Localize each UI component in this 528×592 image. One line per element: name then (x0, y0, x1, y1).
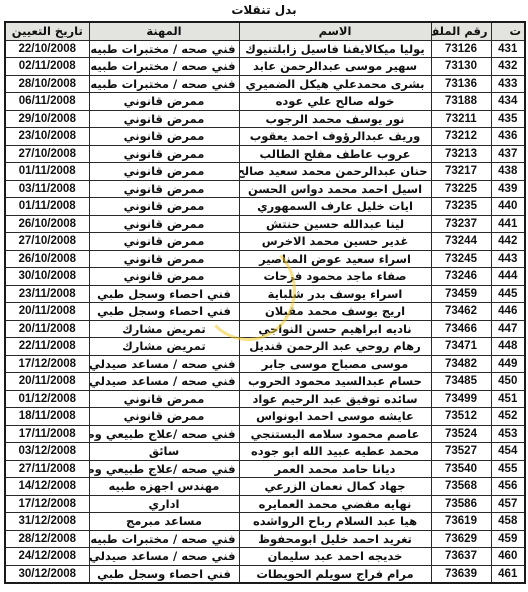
row-profession: مهندس اجهزه طبيه (89, 478, 239, 496)
row-name: مرام فراج سويلم الحويطات (239, 565, 431, 583)
row-index: 442 (491, 233, 525, 251)
row-name: عايشه موسى احمد ابونواس (239, 408, 431, 426)
row-file-number: 73130 (431, 58, 491, 76)
table-row: 43473188خوله صالح علي عودهممرض قانوني06/… (5, 93, 525, 111)
row-index: 441 (491, 215, 525, 233)
row-appointment-date: 26/10/2008 (5, 215, 89, 233)
row-appointment-date: 17/12/2008 (5, 495, 89, 513)
row-index: 461 (491, 565, 525, 583)
row-index: 438 (491, 163, 525, 181)
row-appointment-date: 20/11/2008 (5, 320, 89, 338)
row-profession: ممرض قانوني (89, 163, 239, 181)
row-file-number: 73237 (431, 215, 491, 233)
table-row: 44673462اريج يوسف محمد مقبلانفني احصاء و… (5, 303, 525, 321)
row-file-number: 73499 (431, 390, 491, 408)
row-name: ديانا حامد محمد العمر (239, 460, 431, 478)
column-header-profession: المهنة (89, 22, 239, 40)
row-file-number: 73639 (431, 565, 491, 583)
row-name: سهير موسى عبدالرحمن عابد (239, 58, 431, 76)
row-name: يوليا ميكالايفنا فاسيل زابلتنيوك (239, 40, 431, 58)
row-name: بشرى محمدعلي هيكل الضميري (239, 75, 431, 93)
table-row: 45273512عايشه موسى احمد ابونواسممرض قانو… (5, 408, 525, 426)
row-profession: ممرض قانوني (89, 110, 239, 128)
row-appointment-date: 20/11/2008 (5, 373, 89, 391)
table-row: 44473246صفاء ماجد محمود فرحاتممرض قانوني… (5, 268, 525, 286)
row-name: جهاد كمال نعمان الزرعي (239, 478, 431, 496)
row-appointment-date: 06/11/2008 (5, 93, 89, 111)
row-profession: فني صحه / مختبرات طبيه (89, 40, 239, 58)
row-index: 431 (491, 40, 525, 58)
row-profession: سائق (89, 443, 239, 461)
row-file-number: 73225 (431, 180, 491, 198)
table-row: 44073235ايات خليل عارف السمهوريممرض قانو… (5, 198, 525, 216)
row-profession: فني صحه / مختبرات طبيه (89, 58, 239, 76)
row-file-number: 73136 (431, 75, 491, 93)
table-row: 45773586نهايه مفضي محمد العمايرهاداري17/… (5, 495, 525, 513)
row-file-number: 73629 (431, 530, 491, 548)
table-row: 44773466ناديه ابراهيم حسن النواجيتمريض م… (5, 320, 525, 338)
row-file-number: 73459 (431, 285, 491, 303)
row-name: خديجه احمد عبد سليمان (239, 548, 431, 566)
row-appointment-date: 28/12/2008 (5, 530, 89, 548)
row-file-number: 73235 (431, 198, 491, 216)
row-index: 451 (491, 390, 525, 408)
row-name: ناديه ابراهيم حسن النواجي (239, 320, 431, 338)
row-file-number: 73586 (431, 495, 491, 513)
row-index: 447 (491, 320, 525, 338)
row-index: 458 (491, 513, 525, 531)
row-name: اسراء سعيد عوض المناصير (239, 250, 431, 268)
row-profession: تمريض مشارك (89, 338, 239, 356)
row-index: 446 (491, 303, 525, 321)
row-index: 440 (491, 198, 525, 216)
row-file-number: 73188 (431, 93, 491, 111)
row-name: لينا عبدالله حسين حنتش (239, 215, 431, 233)
row-appointment-date: 02/11/2008 (5, 58, 89, 76)
row-name: محمد عطيه عبيد الله ابو جوده (239, 443, 431, 461)
row-profession: ممرض قانوني (89, 198, 239, 216)
row-appointment-date: 29/10/2008 (5, 110, 89, 128)
row-index: 453 (491, 425, 525, 443)
row-index: 455 (491, 460, 525, 478)
row-appointment-date: 17/11/2008 (5, 425, 89, 443)
table-row: 43373136بشرى محمدعلي هيكل الضميريفني صحه… (5, 75, 525, 93)
table-header-row: ت رقم الملف الاسم المهنة تاريخ التعيين (5, 22, 525, 40)
row-file-number: 73568 (431, 478, 491, 496)
row-appointment-date: 01/11/2008 (5, 163, 89, 181)
table-row: 44273244غدير حسين محمد الاخرسممرض قانوني… (5, 233, 525, 251)
table-row: 44873471رهام روحي عبد الرحمن قنديلتمريض … (5, 338, 525, 356)
table-row: 44973482موسى مصباح موسى جابرفني صحه / مس… (5, 355, 525, 373)
row-appointment-date: 30/12/2008 (5, 565, 89, 583)
row-profession: فني صحه / مختبرات طبيه (89, 530, 239, 548)
row-index: 444 (491, 268, 525, 286)
row-appointment-date: 18/11/2008 (5, 408, 89, 426)
row-file-number: 73485 (431, 373, 491, 391)
row-appointment-date: 23/10/2008 (5, 128, 89, 146)
row-profession: ممرض قانوني (89, 390, 239, 408)
column-header-name: الاسم (239, 22, 431, 40)
table-row: 44373245اسراء سعيد عوض المناصيرممرض قانو… (5, 250, 525, 268)
row-profession: ممرض قانوني (89, 180, 239, 198)
row-appointment-date: 31/12/2008 (5, 513, 89, 531)
table-row: 43573211نور يوسف محمد الرجوبممرض قانوني2… (5, 110, 525, 128)
row-appointment-date: 22/11/2008 (5, 338, 89, 356)
table-row: 45673568جهاد كمال نعمان الزرعيمهندس اجهز… (5, 478, 525, 496)
table-row: 43673212وريف عبدالرؤوف احمد يعقوبممرض قا… (5, 128, 525, 146)
row-name: سائده توفيق عبد الرحيم عواد (239, 390, 431, 408)
row-name: موسى مصباح موسى جابر (239, 355, 431, 373)
row-name: اريج يوسف محمد مقبلان (239, 303, 431, 321)
row-index: 433 (491, 75, 525, 93)
row-name: عاصم محمود سلامه البستنجي (239, 425, 431, 443)
table-row: 45173499سائده توفيق عبد الرحيم عوادممرض … (5, 390, 525, 408)
table-row: 45573540ديانا حامد محمد العمرفني صحه /عل… (5, 460, 525, 478)
row-appointment-date: 30/10/2008 (5, 268, 89, 286)
row-file-number: 73466 (431, 320, 491, 338)
row-index: 457 (491, 495, 525, 513)
row-appointment-date: 03/11/2008 (5, 180, 89, 198)
row-profession: فني صحه / مساعد صيدلي (89, 355, 239, 373)
document-title: بدل تنقلات (0, 3, 528, 17)
row-index: 452 (491, 408, 525, 426)
row-index: 449 (491, 355, 525, 373)
table-row: 45873619هيا عبد السلام رباح الرواشدهمساع… (5, 513, 525, 531)
row-appointment-date: 14/12/2008 (5, 478, 89, 496)
row-appointment-date: 27/11/2008 (5, 460, 89, 478)
row-index: 445 (491, 285, 525, 303)
row-appointment-date: 17/12/2008 (5, 355, 89, 373)
row-file-number: 73540 (431, 460, 491, 478)
row-name: صفاء ماجد محمود فرحات (239, 268, 431, 286)
row-appointment-date: 26/10/2008 (5, 250, 89, 268)
row-file-number: 73246 (431, 268, 491, 286)
row-file-number: 73524 (431, 425, 491, 443)
row-index: 432 (491, 58, 525, 76)
row-file-number: 73126 (431, 40, 491, 58)
row-profession: مساعد مبرمج (89, 513, 239, 531)
table-row: 43773213عروب عاطف مفلح الطالبممرض قانوني… (5, 145, 525, 163)
row-index: 454 (491, 443, 525, 461)
table-row: 46173639مرام فراج سويلم الحويطاتفني احصا… (5, 565, 525, 583)
row-appointment-date: 27/10/2008 (5, 145, 89, 163)
row-appointment-date: 23/11/2008 (5, 285, 89, 303)
row-profession: فني صحه / مساعد صيدلي (89, 373, 239, 391)
row-profession: فني صحه /علاج طبيعي وظيفي (89, 460, 239, 478)
row-profession: ممرض قانوني (89, 250, 239, 268)
row-profession: فني صحه /علاج طبيعي وظيفي (89, 425, 239, 443)
row-name: غدير حسين محمد الاخرس (239, 233, 431, 251)
row-name: نور يوسف محمد الرجوب (239, 110, 431, 128)
row-name: ايات خليل عارف السمهوري (239, 198, 431, 216)
row-profession: ممرض قانوني (89, 215, 239, 233)
row-appointment-date: 22/10/2008 (5, 40, 89, 58)
row-index: 439 (491, 180, 525, 198)
row-index: 437 (491, 145, 525, 163)
row-profession: اداري (89, 495, 239, 513)
row-appointment-date: 01/11/2008 (5, 198, 89, 216)
row-index: 450 (491, 373, 525, 391)
row-appointment-date: 24/12/2008 (5, 548, 89, 566)
row-name: هيا عبد السلام رباح الرواشده (239, 513, 431, 531)
row-file-number: 73527 (431, 443, 491, 461)
row-name: اسراء يوسف بدر شلباية (239, 285, 431, 303)
row-file-number: 73244 (431, 233, 491, 251)
row-index: 459 (491, 530, 525, 548)
row-appointment-date: 01/12/2008 (5, 390, 89, 408)
table-row: 46073637خديجه احمد عبد سليمانفني صحه / م… (5, 548, 525, 566)
row-profession: ممرض قانوني (89, 233, 239, 251)
allowance-table: ت رقم الملف الاسم المهنة تاريخ التعيين 4… (4, 21, 526, 584)
row-name: خوله صالح علي عوده (239, 93, 431, 111)
table-row: 44573459اسراء يوسف بدر شلبايةفني احصاء و… (5, 285, 525, 303)
row-file-number: 73213 (431, 145, 491, 163)
row-appointment-date: 20/11/2008 (5, 303, 89, 321)
row-profession: فني احصاء وسجل طبي (89, 285, 239, 303)
row-profession: فني صحه / مختبرات طبيه (89, 75, 239, 93)
row-file-number: 73637 (431, 548, 491, 566)
column-header-file-number: رقم الملف (431, 22, 491, 40)
table-body: 43173126يوليا ميكالايفنا فاسيل زابلتنيوك… (5, 40, 525, 583)
row-file-number: 73512 (431, 408, 491, 426)
row-profession: ممرض قانوني (89, 128, 239, 146)
row-index: 456 (491, 478, 525, 496)
row-name: اسيل احمد محمد دواس الحسن (239, 180, 431, 198)
row-file-number: 73462 (431, 303, 491, 321)
table-row: 44173237لينا عبدالله حسين حنتشممرض قانون… (5, 215, 525, 233)
row-file-number: 73245 (431, 250, 491, 268)
row-file-number: 73217 (431, 163, 491, 181)
row-name: حنان عبدالرحمن محمد سعيد صالح (239, 163, 431, 181)
row-appointment-date: 28/10/2008 (5, 75, 89, 93)
row-name: رهام روحي عبد الرحمن قنديل (239, 338, 431, 356)
row-name: وريف عبدالرؤوف احمد يعقوب (239, 128, 431, 146)
row-index: 443 (491, 250, 525, 268)
row-name: نهايه مفضي محمد العمايره (239, 495, 431, 513)
row-profession: ممرض قانوني (89, 93, 239, 111)
row-appointment-date: 27/10/2008 (5, 233, 89, 251)
table-row: 45473527محمد عطيه عبيد الله ابو جودهسائق… (5, 443, 525, 461)
row-profession: فني احصاء وسجل طبي (89, 303, 239, 321)
row-index: 434 (491, 93, 525, 111)
table-row: 45373524عاصم محمود سلامه البستنجيفني صحه… (5, 425, 525, 443)
row-profession: فني صحه / مساعد صيدلي (89, 548, 239, 566)
column-header-appointment-date: تاريخ التعيين (5, 22, 89, 40)
row-file-number: 73482 (431, 355, 491, 373)
row-index: 448 (491, 338, 525, 356)
row-index: 436 (491, 128, 525, 146)
row-name: حسام عبدالسيد محمود الحروب (239, 373, 431, 391)
row-file-number: 73619 (431, 513, 491, 531)
table-row: 45973629تغريد احمد خليل ابومحفوظفني صحه … (5, 530, 525, 548)
row-file-number: 73211 (431, 110, 491, 128)
row-index: 435 (491, 110, 525, 128)
row-appointment-date: 03/12/2008 (5, 443, 89, 461)
row-name: تغريد احمد خليل ابومحفوظ (239, 530, 431, 548)
row-profession: فني احصاء وسجل طبي (89, 565, 239, 583)
table-row: 45073485حسام عبدالسيد محمود الحروبفني صح… (5, 373, 525, 391)
column-header-index: ت (491, 22, 525, 40)
table-row: 43973225اسيل احمد محمد دواس الحسنممرض قا… (5, 180, 525, 198)
table-row: 43273130سهير موسى عبدالرحمن عابدفني صحه … (5, 58, 525, 76)
row-profession: ممرض قانوني (89, 268, 239, 286)
row-file-number: 73212 (431, 128, 491, 146)
row-profession: ممرض قانوني (89, 145, 239, 163)
row-index: 460 (491, 548, 525, 566)
row-name: عروب عاطف مفلح الطالب (239, 145, 431, 163)
row-profession: تمريض مشارك (89, 320, 239, 338)
row-profession: ممرض قانوني (89, 408, 239, 426)
table-row: 43873217حنان عبدالرحمن محمد سعيد صالحممر… (5, 163, 525, 181)
table-row: 43173126يوليا ميكالايفنا فاسيل زابلتنيوك… (5, 40, 525, 58)
row-file-number: 73471 (431, 338, 491, 356)
